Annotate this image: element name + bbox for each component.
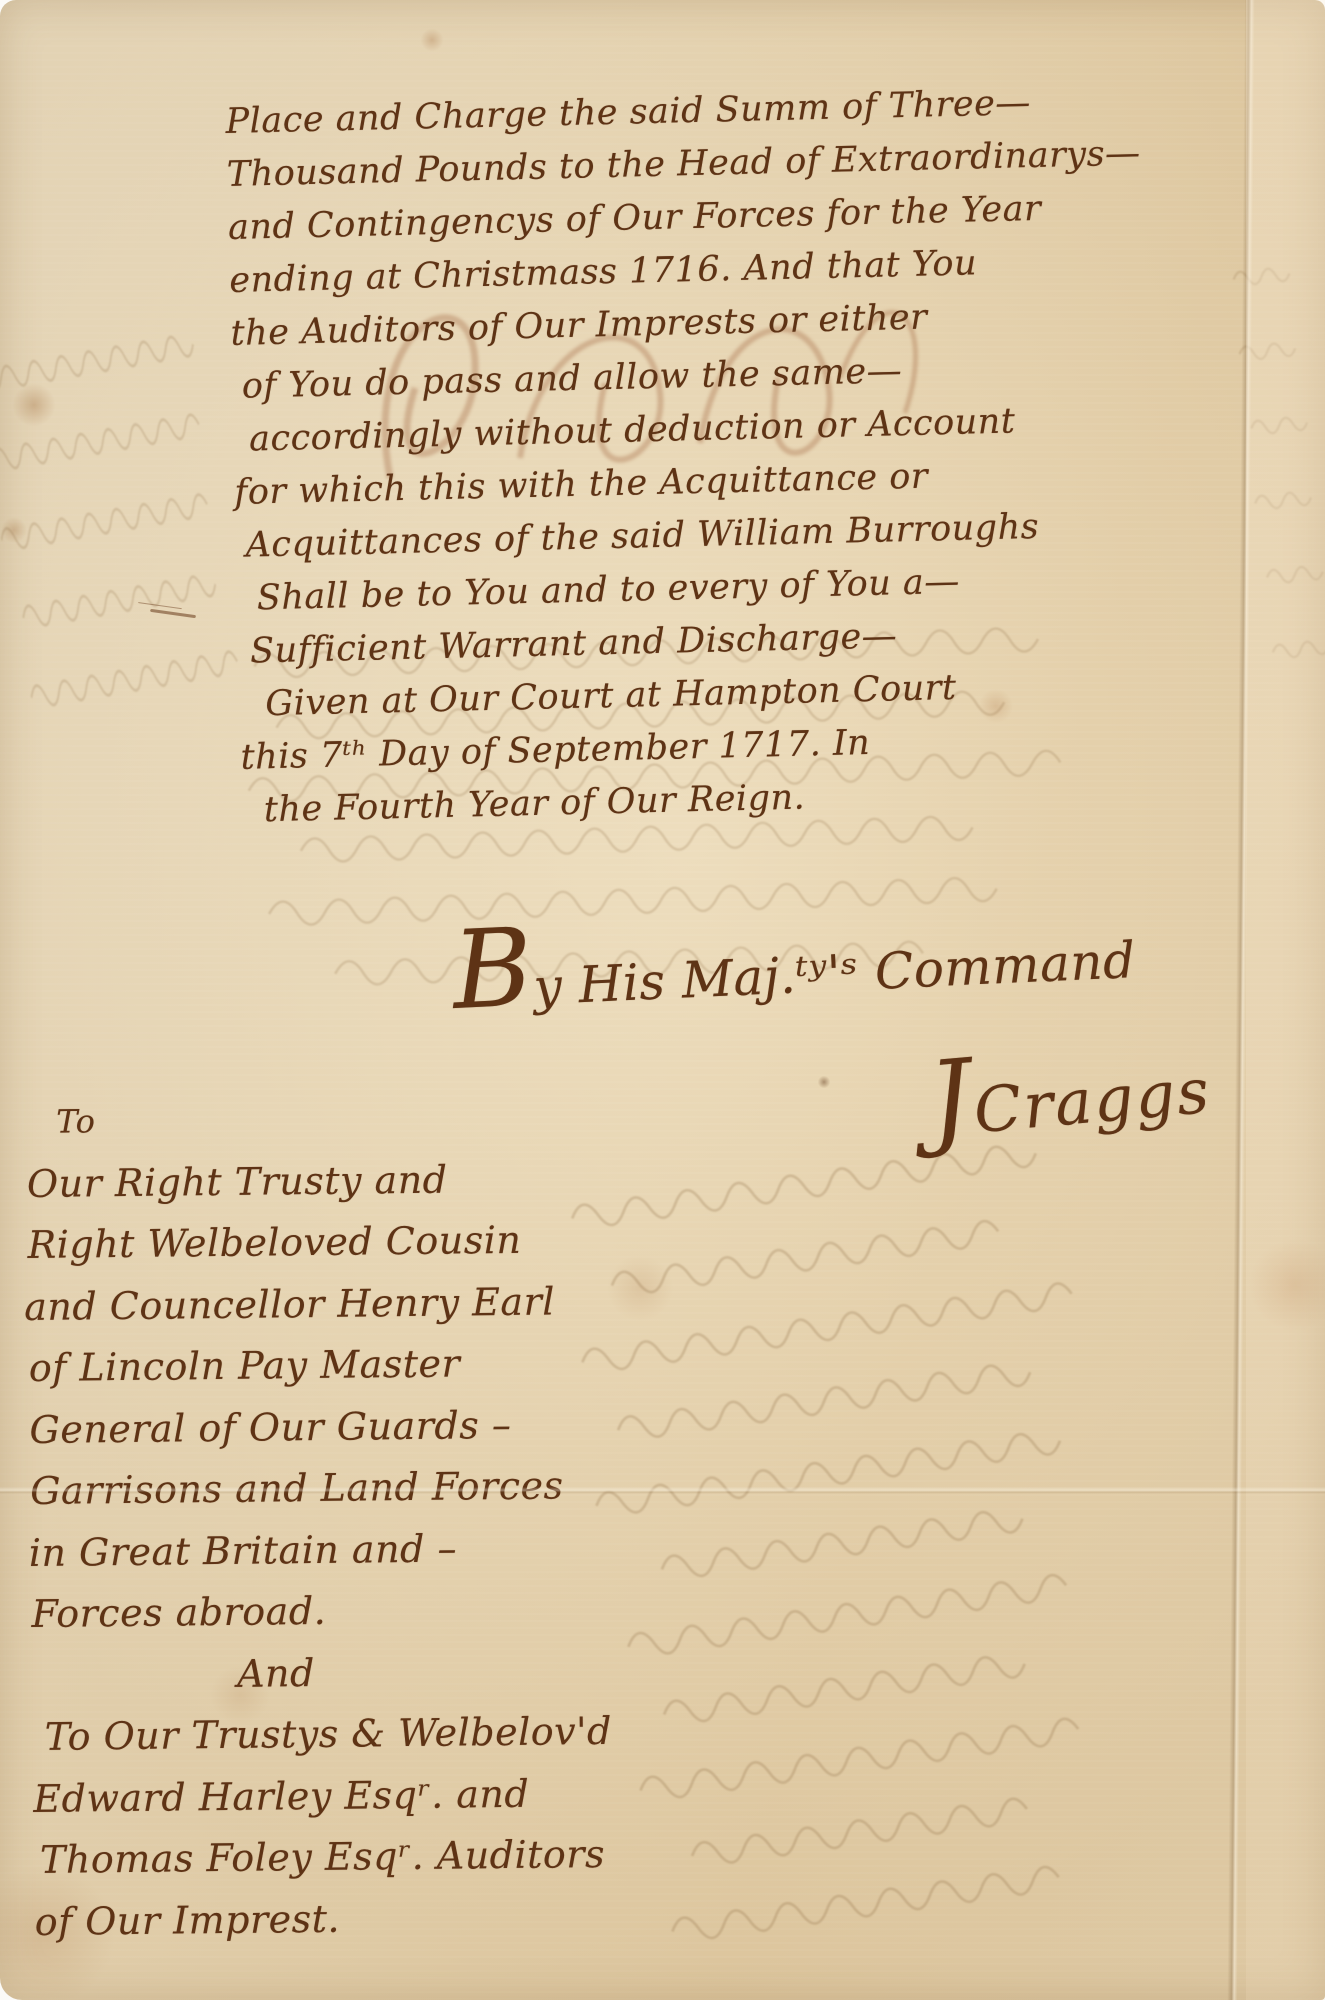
address-line: Right Welbeloved Cousin bbox=[27, 1209, 648, 1277]
scanned-manuscript-page: Place and Charge the said Summ of Three—… bbox=[0, 0, 1325, 2000]
address-line: Forces abroad. bbox=[31, 1577, 652, 1645]
horizontal-fold-crease bbox=[0, 1487, 1325, 1494]
address-line: And bbox=[237, 1639, 653, 1705]
address-line: Edward Harley Esqʳ. and bbox=[33, 1762, 654, 1830]
address-line: in Great Britain and – bbox=[29, 1516, 652, 1584]
paper-sheet: Place and Charge the said Summ of Three—… bbox=[0, 0, 1325, 2000]
address-line: of Our Imprest. bbox=[34, 1885, 655, 1953]
manuscript-body: Place and Charge the said Summ of Three—… bbox=[225, 76, 1082, 838]
address-line: Thomas Foley Esqʳ. Auditors bbox=[40, 1823, 655, 1891]
address-line: of Lincoln Pay Master bbox=[29, 1331, 650, 1399]
address-line: and Councellor Henry Earl bbox=[24, 1270, 649, 1338]
address-line: Our Right Trusty and bbox=[27, 1147, 648, 1215]
address-line: To bbox=[56, 1086, 647, 1154]
right-fold-strip bbox=[1246, 0, 1325, 2000]
address-block: To Our Right Trusty and Right Welbeloved… bbox=[26, 1086, 655, 1953]
address-line: To Our Trustys & Welbelov'd bbox=[44, 1700, 653, 1768]
address-line: General of Our Guards – bbox=[29, 1393, 650, 1461]
signature-craggs: JCraggs bbox=[927, 1054, 1213, 1151]
